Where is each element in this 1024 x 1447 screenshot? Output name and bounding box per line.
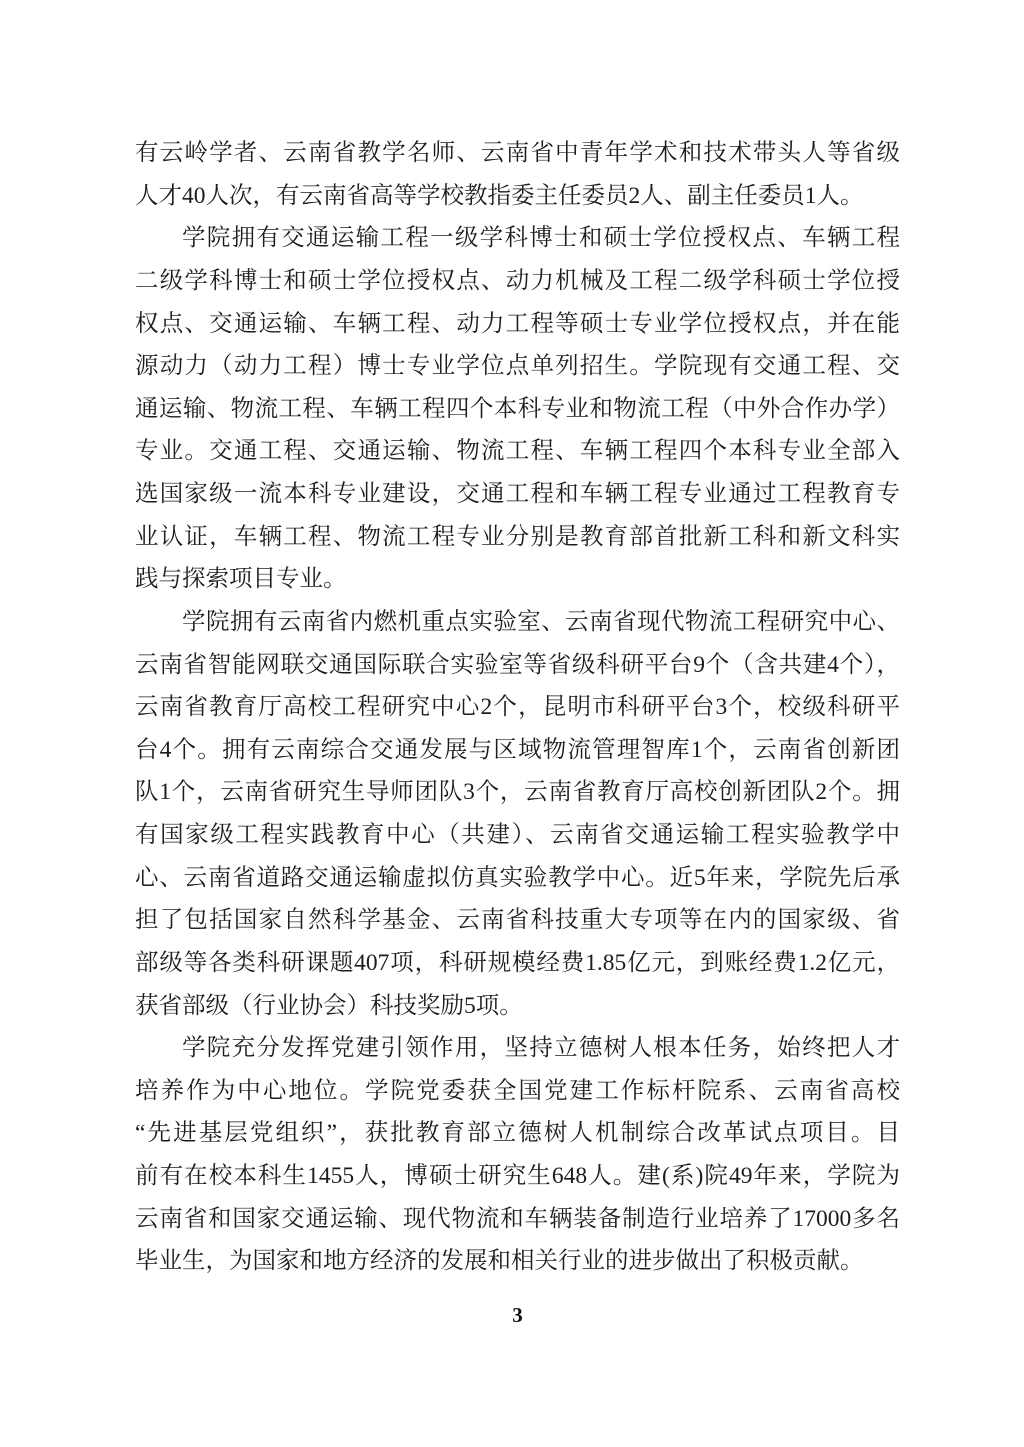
text-line: 获省部级（行业协会）科技奖励5项。 xyxy=(135,985,900,1028)
text-line: 二级学科博士和硕士学位授权点、动力机械及工程二级学科硕士学位授 xyxy=(135,260,900,303)
text-line: 源动力（动力工程）博士专业学位点单列招生。学院现有交通工程、交 xyxy=(135,345,900,388)
document-page: 有云岭学者、云南省教学名师、云南省中青年学术和技术带头人等省级人才40人次，有云… xyxy=(0,0,1024,1447)
text-line: 担了包括国家自然科学基金、云南省科技重大专项等在内的国家级、省 xyxy=(135,899,900,942)
text-line: 毕业生，为国家和地方经济的发展和相关行业的进步做出了积极贡献。 xyxy=(135,1240,900,1283)
text-line: 心、云南省道路交通运输虚拟仿真实验教学中心。近5年来，学院先后承 xyxy=(135,857,900,900)
text-line: 学院拥有云南省内燃机重点实验室、云南省现代物流工程研究中心、 xyxy=(135,601,900,644)
text-line: 部级等各类科研课题407项，科研规模经费1.85亿元，到账经费1.2亿元， xyxy=(135,942,900,985)
text-line: 人才40人次，有云南省高等学校教指委主任委员2人、副主任委员1人。 xyxy=(135,175,900,218)
document-body: 有云岭学者、云南省教学名师、云南省中青年学术和技术带头人等省级人才40人次，有云… xyxy=(135,132,900,1283)
text-line: 云南省和国家交通运输、现代物流和车辆装备制造行业培养了17000多名 xyxy=(135,1198,900,1241)
text-line: 台4个。拥有云南综合交通发展与区域物流管理智库1个，云南省创新团 xyxy=(135,729,900,772)
text-line: 权点、交通运输、车辆工程、动力工程等硕士专业学位授权点，并在能 xyxy=(135,303,900,346)
text-line: 学院充分发挥党建引领作用，坚持立德树人根本任务，始终把人才 xyxy=(135,1027,900,1070)
text-line: 选国家级一流本科专业建设，交通工程和车辆工程专业通过工程教育专 xyxy=(135,473,900,516)
text-line: 践与探索项目专业。 xyxy=(135,558,900,601)
text-line: 有国家级工程实践教育中心（共建）、云南省交通运输工程实验教学中 xyxy=(135,814,900,857)
text-line: 云南省智能网联交通国际联合实验室等省级科研平台9个（含共建4个）， xyxy=(135,644,900,687)
text-line: “先进基层党组织”，获批教育部立德树人机制综合改革试点项目。目 xyxy=(135,1112,900,1155)
text-line: 前有在校本科生1455人，博硕士研究生648人。建(系)院49年来，学院为 xyxy=(135,1155,900,1198)
text-line: 业认证，车辆工程、物流工程专业分别是教育部首批新工科和新文科实 xyxy=(135,516,900,559)
text-line: 学院拥有交通运输工程一级学科博士和硕士学位授权点、车辆工程 xyxy=(135,217,900,260)
text-line: 培养作为中心地位。学院党委获全国党建工作标杆院系、云南省高校 xyxy=(135,1070,900,1113)
text-line: 有云岭学者、云南省教学名师、云南省中青年学术和技术带头人等省级 xyxy=(135,132,900,175)
text-line: 通运输、物流工程、车辆工程四个本科专业和物流工程（中外合作办学） xyxy=(135,388,900,431)
text-line: 专业。交通工程、交通运输、物流工程、车辆工程四个本科专业全部入 xyxy=(135,430,900,473)
page-number: 3 xyxy=(135,1303,900,1328)
text-line: 云南省教育厅高校工程研究中心2个，昆明市科研平台3个，校级科研平 xyxy=(135,686,900,729)
text-line: 队1个，云南省研究生导师团队3个，云南省教育厅高校创新团队2个。拥 xyxy=(135,771,900,814)
